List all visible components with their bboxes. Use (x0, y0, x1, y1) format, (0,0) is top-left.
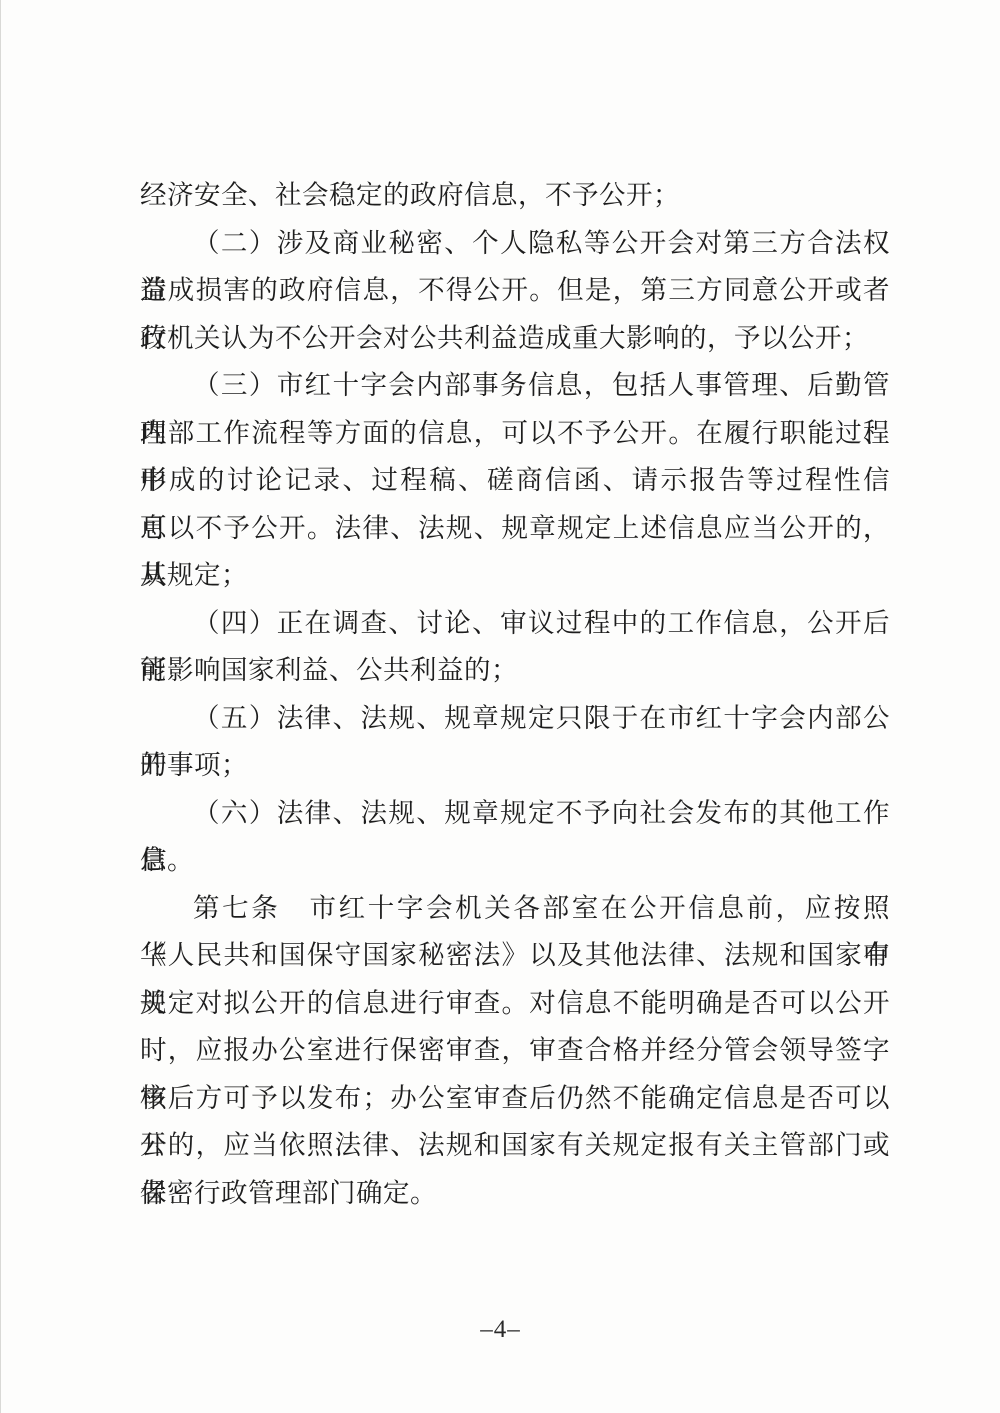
text-line: 规定对拟公开的信息进行审查。对信息不能明确是否可以公开 (140, 980, 890, 1028)
text-line: 形成的讨论记录、过程稿、磋商信函、请示报告等过程性信息， (140, 457, 890, 505)
text-line: 时，应报办公室进行保密审查，审查合格并经分管会领导签字审 (140, 1027, 890, 1075)
text-line: 第七条 市红十字会机关各部室在公开信息前，应按照《中 (140, 885, 890, 933)
text-line: 经济安全、社会稳定的政府信息，不予公开； (140, 172, 890, 220)
text-line: 其规定； (140, 552, 890, 600)
page-number: –4– (1, 1316, 1000, 1344)
text-line: （二）涉及商业秘密、个人隐私等公开会对第三方合法权益 (140, 220, 890, 268)
text-line: 的事项； (140, 742, 890, 790)
text-line: （三）市红十字会内部事务信息，包括人事管理、后勤管理、 (140, 362, 890, 410)
text-line: （五）法律、法规、规章规定只限于在市红十字会内部公开 (140, 695, 890, 743)
text-line: 核后方可予以发布；办公室审查后仍然不能确定信息是否可以公 (140, 1075, 890, 1123)
text-line: （四）正在调查、讨论、审议过程中的工作信息，公开后可 (140, 600, 890, 648)
text-line: 华人民共和国保守国家秘密法》以及其他法律、法规和国家有关 (140, 932, 890, 980)
text-line: 造成损害的政府信息，不得公开。但是，第三方同意公开或者行 (140, 267, 890, 315)
text-line: 内部工作流程等方面的信息，可以不予公开。在履行职能过程中 (140, 410, 890, 458)
text-line: （六）法律、法规、规章规定不予向社会发布的其他工作信 (140, 790, 890, 838)
text-line: 能影响国家利益、公共利益的； (140, 647, 890, 695)
text-line: 保密行政管理部门确定。 (140, 1170, 890, 1218)
text-line: 息。 (140, 837, 890, 885)
text-line: 政机关认为不公开会对公共利益造成重大影响的，予以公开； (140, 315, 890, 363)
document-page: 经济安全、社会稳定的政府信息，不予公开； （二）涉及商业秘密、个人隐私等公开会对… (0, 0, 1000, 1413)
text-line: 可以不予公开。法律、法规、规章规定上述信息应当公开的，从 (140, 505, 890, 553)
document-text: 经济安全、社会稳定的政府信息，不予公开； （二）涉及商业秘密、个人隐私等公开会对… (140, 172, 890, 1217)
text-line: 开的，应当依照法律、法规和国家有关规定报有关主管部门或者 (140, 1122, 890, 1170)
